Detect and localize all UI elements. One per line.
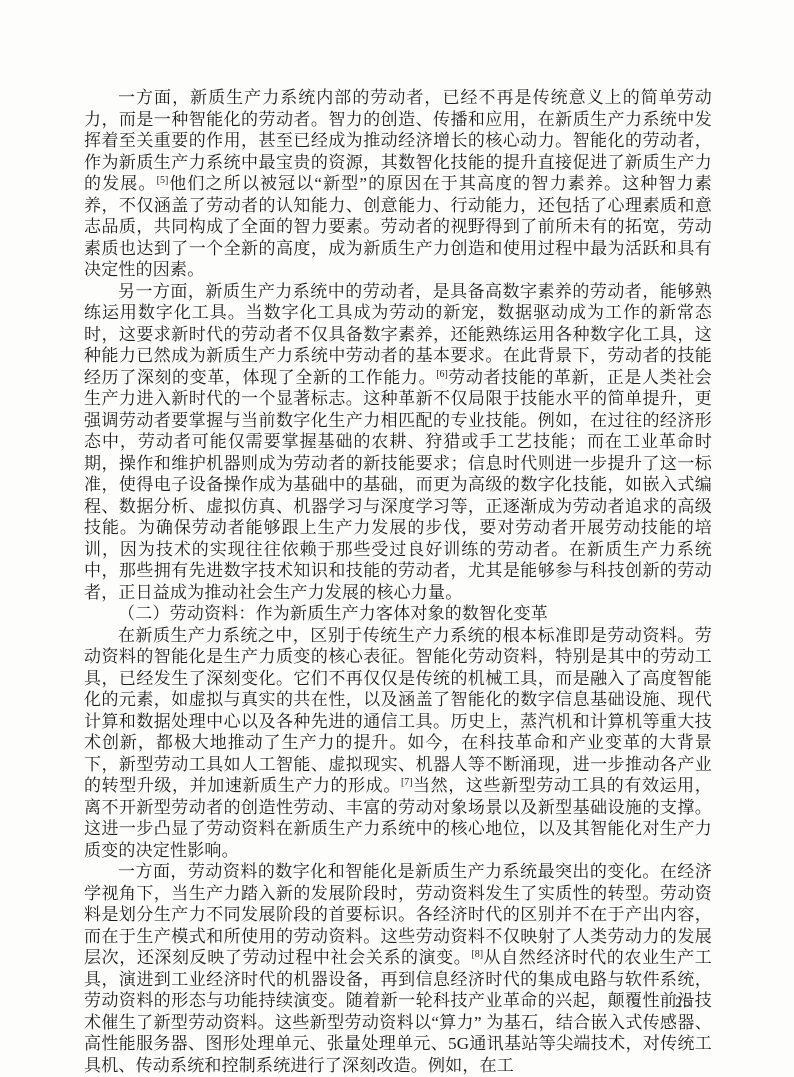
scanned-paper-page: 一方面，新质生产力系统内部的劳动者，已经不再是传统意义上的简单劳动力，而是一种智… <box>0 0 794 1077</box>
citation-ref: [5] <box>157 175 169 186</box>
paragraph-text: （二）劳动资料：作为新质生产力客体对象的数智化变革 <box>118 604 548 623</box>
paragraph: 一方面，劳动资料的数字化和智能化是新质生产力系统最突出的变化。在经济学视角下，当… <box>84 861 712 1076</box>
paragraph: 在新质生产力系统之中，区别于传统生产力系统的根本标准即是劳动资料。劳动资料的智能… <box>84 625 712 862</box>
citation-ref: [7] <box>401 777 413 788</box>
paragraph-text: 在新质生产力系统之中，区别于传统生产力系统的根本标准即是劳动资料。劳动资料的智能… <box>84 626 712 796</box>
paragraph-text: 他们之所以被冠以“新型”的原因在于其高度的智力素养。这种智力素养，不仅涵盖了劳动… <box>84 174 712 279</box>
article-body: 一方面，新质生产力系统内部的劳动者，已经不再是传统意义上的简单劳动力，而是一种智… <box>84 87 712 1076</box>
section-heading: （二）劳动资料：作为新质生产力客体对象的数智化变革 <box>84 603 712 625</box>
page-number: · 25 · <box>665 995 702 1012</box>
citation-ref: [8] <box>471 949 483 960</box>
citation-ref: [6] <box>436 369 448 380</box>
paragraph: 另一方面，新质生产力系统中的劳动者，是具备高数字素养的劳动者，能够熟练运用数字化… <box>84 281 712 604</box>
paragraph: 一方面，新质生产力系统内部的劳动者，已经不再是传统意义上的简单劳动力，而是一种智… <box>84 87 712 281</box>
paragraph-text: 劳动者技能的革新，正是人类社会生产力进入新时代的一个显著标志。这种革新不仅局限于… <box>84 368 712 602</box>
